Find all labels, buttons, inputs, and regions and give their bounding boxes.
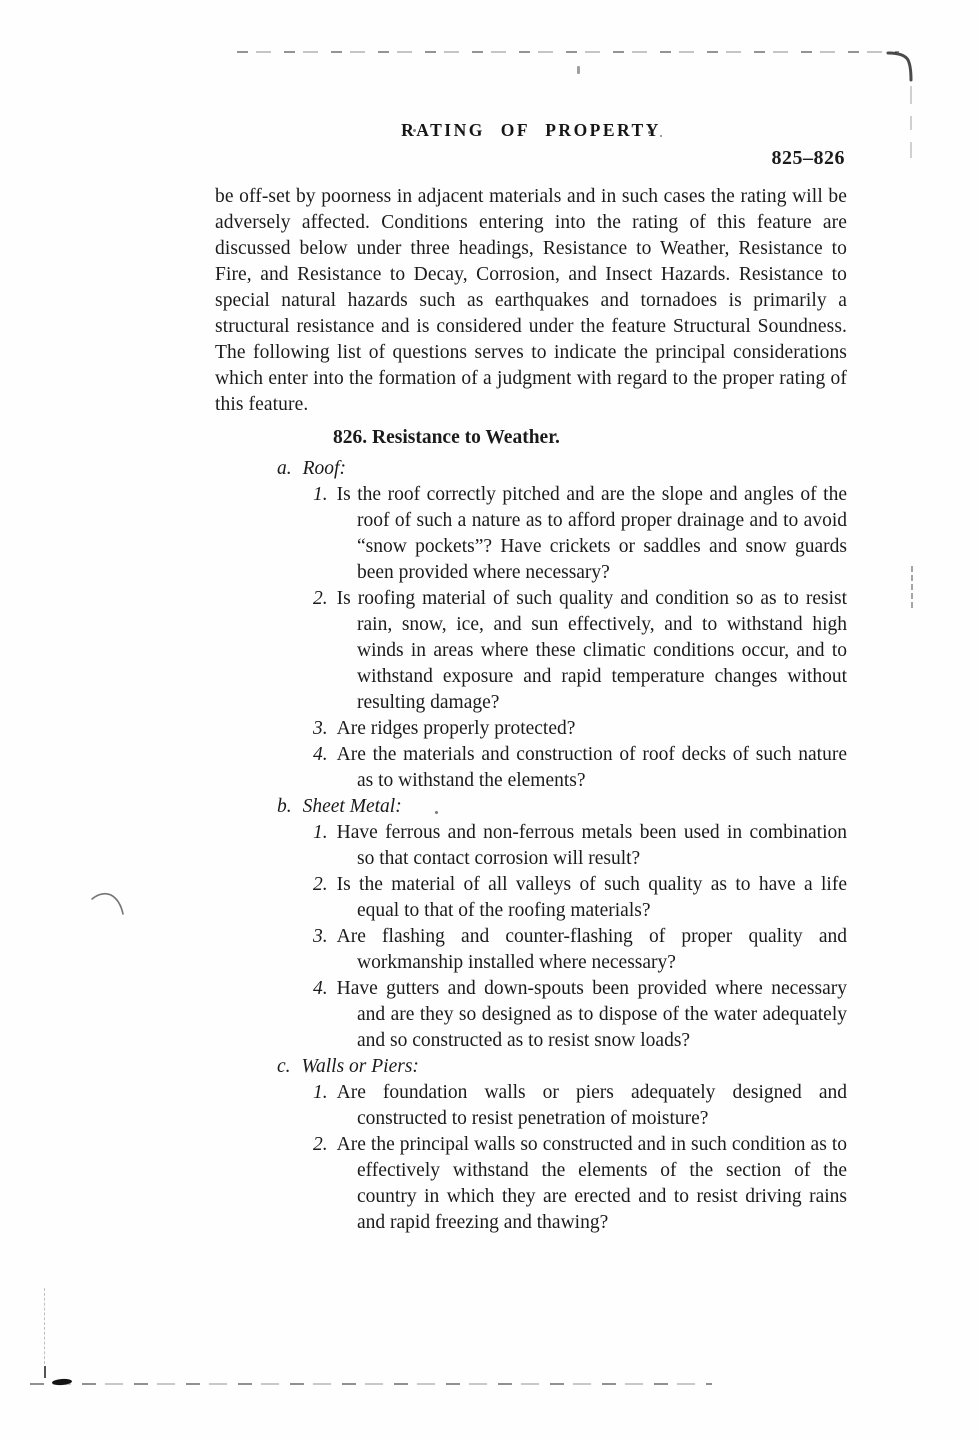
question-item: 1.Is the roof correctly pitched and are …	[215, 482, 847, 586]
subsection-letter: b.	[277, 796, 292, 817]
question-number: 4.	[313, 978, 328, 999]
subsection-walls-or-piers: c.Walls or Piers: 1.Are foundation walls…	[215, 1054, 847, 1236]
scan-artifact-page-curl	[886, 46, 920, 176]
scan-artifact-left-margin-arc	[90, 888, 134, 922]
subsection-letter: a.	[277, 458, 292, 479]
question-number: 1.	[313, 484, 328, 505]
question-number: 2.	[313, 1134, 328, 1155]
question-number: 3.	[313, 718, 328, 739]
question-text: Have ferrous and non-ferrous metals been…	[337, 822, 847, 869]
question-text: Are the materials and construction of ro…	[337, 744, 847, 791]
running-head: RATING OF PROPERTY	[215, 120, 847, 141]
subsection-letter: c.	[277, 1056, 291, 1077]
page-content: RATING OF PROPERTY 825–826 be off-set by…	[215, 120, 847, 1236]
subsection-sheet-metal: b.Sheet Metal: 1.Have ferrous and non-fe…	[215, 794, 847, 1054]
subsection-title: Walls or Piers:	[302, 1056, 419, 1077]
scan-artifact-top-edge-line	[237, 51, 899, 53]
intro-paragraph: be off-set by poorness in adjacent mater…	[215, 184, 847, 418]
scan-speck	[577, 66, 580, 74]
scanned-book-page: RATING OF PROPERTY 825–826 be off-set by…	[0, 0, 979, 1441]
question-item: 4.Have gutters and down-spouts been prov…	[215, 976, 847, 1054]
scan-artifact-bottom-edge-line	[30, 1383, 712, 1385]
question-text: Is the roof correctly pitched and are th…	[337, 484, 847, 583]
question-number: 1.	[313, 1082, 328, 1103]
subsection-label: c.Walls or Piers:	[277, 1054, 847, 1080]
subsection-label: b.Sheet Metal:	[277, 794, 847, 820]
scan-artifact-left-vertical-line	[44, 1288, 45, 1364]
scan-artifact-bottom-tick	[44, 1366, 46, 1378]
scan-artifact-right-margin-ticks	[911, 566, 913, 608]
section-heading: 826. Resistance to Weather.	[333, 425, 847, 451]
subsection-roof: a.Roof: 1.Is the roof correctly pitched …	[215, 456, 847, 794]
question-item: 3.Are flashing and counter-flashing of p…	[215, 924, 847, 976]
question-item: 2.Is roofing material of such quality an…	[215, 586, 847, 716]
question-number: 4.	[313, 744, 328, 765]
question-text: Are the principal walls so constructed a…	[337, 1134, 847, 1233]
subsection-label: a.Roof:	[277, 456, 847, 482]
subsection-title: Roof:	[303, 458, 346, 479]
question-item: 2.Are the principal walls so constructed…	[215, 1132, 847, 1236]
question-text: Is roofing material of such quality and …	[337, 588, 847, 713]
question-item: 1.Are foundation walls or piers adequate…	[215, 1080, 847, 1132]
question-text: Have gutters and down-spouts been provid…	[337, 978, 847, 1051]
question-number: 1.	[313, 822, 328, 843]
question-number: 3.	[313, 926, 328, 947]
subsection-title: Sheet Metal:	[303, 796, 402, 817]
question-text: Is the material of all valleys of such q…	[337, 874, 847, 921]
question-item: 2.Is the material of all valleys of such…	[215, 872, 847, 924]
question-number: 2.	[313, 588, 328, 609]
question-item: 1.Have ferrous and non-ferrous metals be…	[215, 820, 847, 872]
question-item: 4.Are the materials and construction of …	[215, 742, 847, 794]
question-item: 3.Are ridges properly protected?	[215, 716, 847, 742]
scan-artifact-bottom-blob	[52, 1378, 72, 1385]
question-text: Are foundation walls or piers adequately…	[337, 1082, 847, 1129]
page-number: 825–826	[215, 147, 847, 170]
question-number: 2.	[313, 874, 328, 895]
question-text: Are flashing and counter-flashing of pro…	[337, 926, 847, 973]
question-text: Are ridges properly protected?	[337, 718, 576, 739]
